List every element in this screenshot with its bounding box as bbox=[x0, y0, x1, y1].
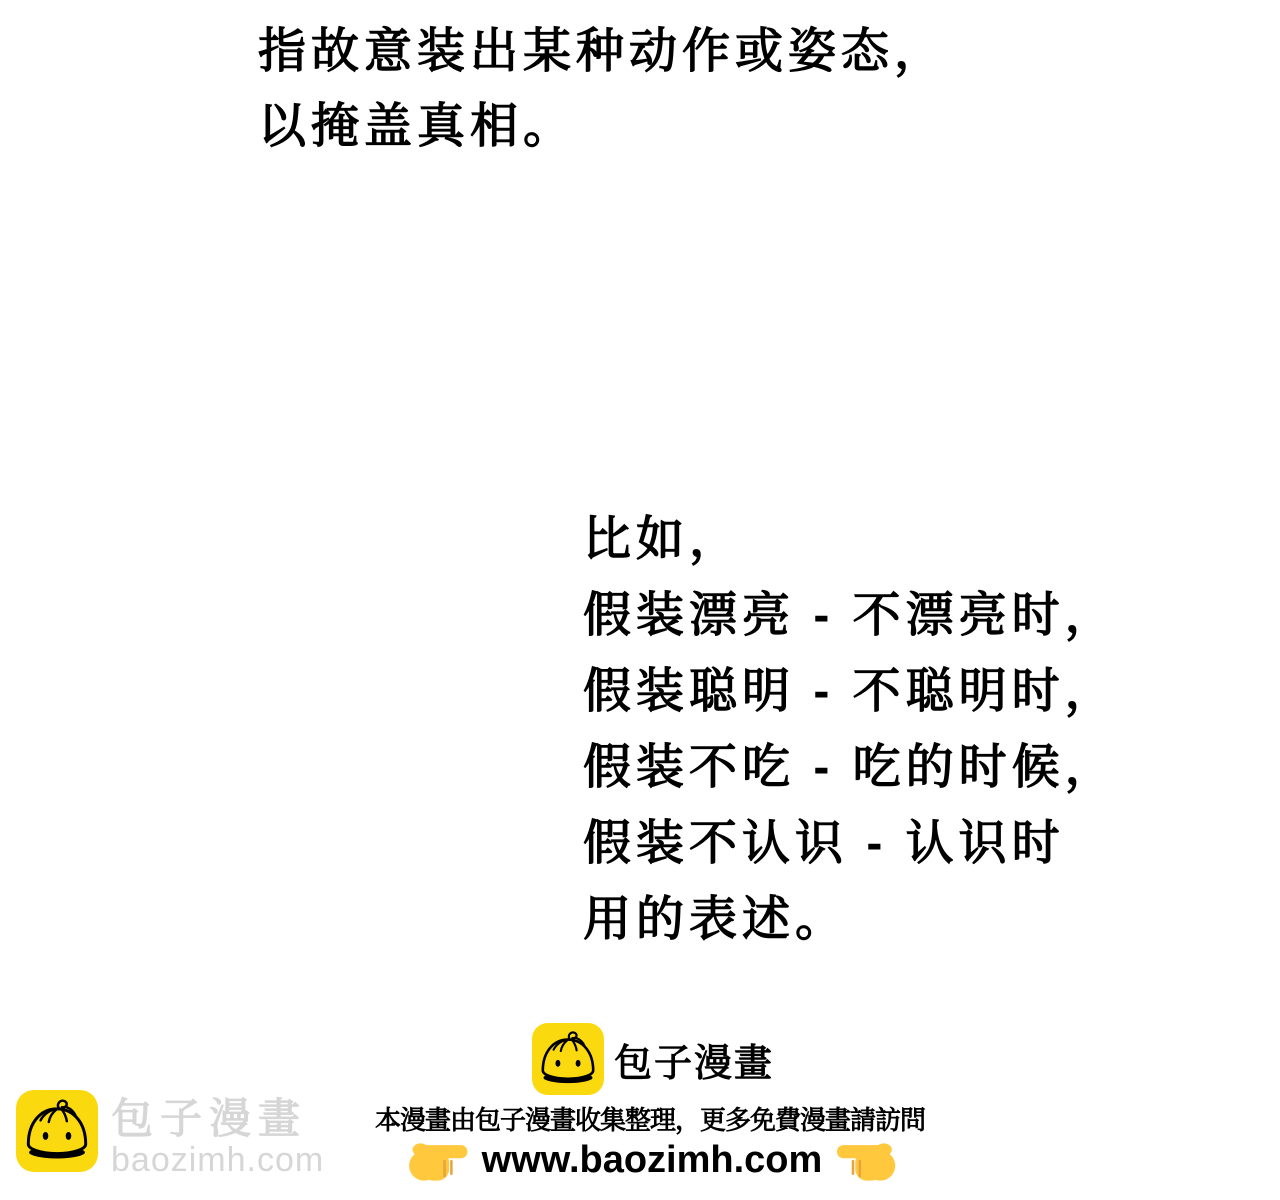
footer-notice: 本漫畫由包子漫畫收集整理，更多免費漫畫請訪問 bbox=[375, 1104, 925, 1136]
definition-text-block: 指故意装出某种动作或姿态， 以掩盖真相。 bbox=[258, 14, 947, 164]
baozi-mascot-icon bbox=[532, 1023, 604, 1095]
watermark-site-name: 包子漫畫 bbox=[111, 1096, 324, 1142]
watermark-domain: baozimh.com bbox=[111, 1142, 324, 1178]
brand-name: 包子漫畫 bbox=[614, 1032, 774, 1087]
footer-url-row: www.baozimh.com bbox=[406, 1136, 899, 1184]
examples-line: 用的表述。 bbox=[583, 882, 1118, 958]
pointing-right-icon bbox=[406, 1136, 470, 1184]
pointing-left-icon bbox=[834, 1136, 898, 1184]
comic-page: 指故意装出某种动作或姿态， 以掩盖真相。 比如， 假装漂亮 - 不漂亮时， 假装… bbox=[0, 0, 1280, 1200]
examples-text-block: 比如， 假装漂亮 - 不漂亮时， 假装聪明 - 不聪明时， 假装不吃 - 吃的时… bbox=[583, 502, 1118, 958]
site-watermark: 包子漫畫 baozimh.com bbox=[16, 1090, 324, 1178]
watermark-text: 包子漫畫 baozimh.com bbox=[111, 1090, 324, 1178]
examples-line: 假装不认识 - 认识时 bbox=[583, 806, 1118, 882]
definition-line: 指故意装出某种动作或姿态， bbox=[258, 14, 947, 89]
brand-logo: 包子漫畫 bbox=[532, 1023, 774, 1095]
site-url: www.baozimh.com bbox=[482, 1139, 823, 1182]
baozi-mascot-icon bbox=[16, 1090, 98, 1172]
examples-line: 假装漂亮 - 不漂亮时， bbox=[583, 578, 1118, 654]
definition-line: 以掩盖真相。 bbox=[258, 89, 947, 164]
examples-line: 假装不吃 - 吃的时候， bbox=[583, 730, 1118, 806]
examples-line: 假装聪明 - 不聪明时， bbox=[583, 654, 1118, 730]
examples-line: 比如， bbox=[583, 502, 1118, 578]
